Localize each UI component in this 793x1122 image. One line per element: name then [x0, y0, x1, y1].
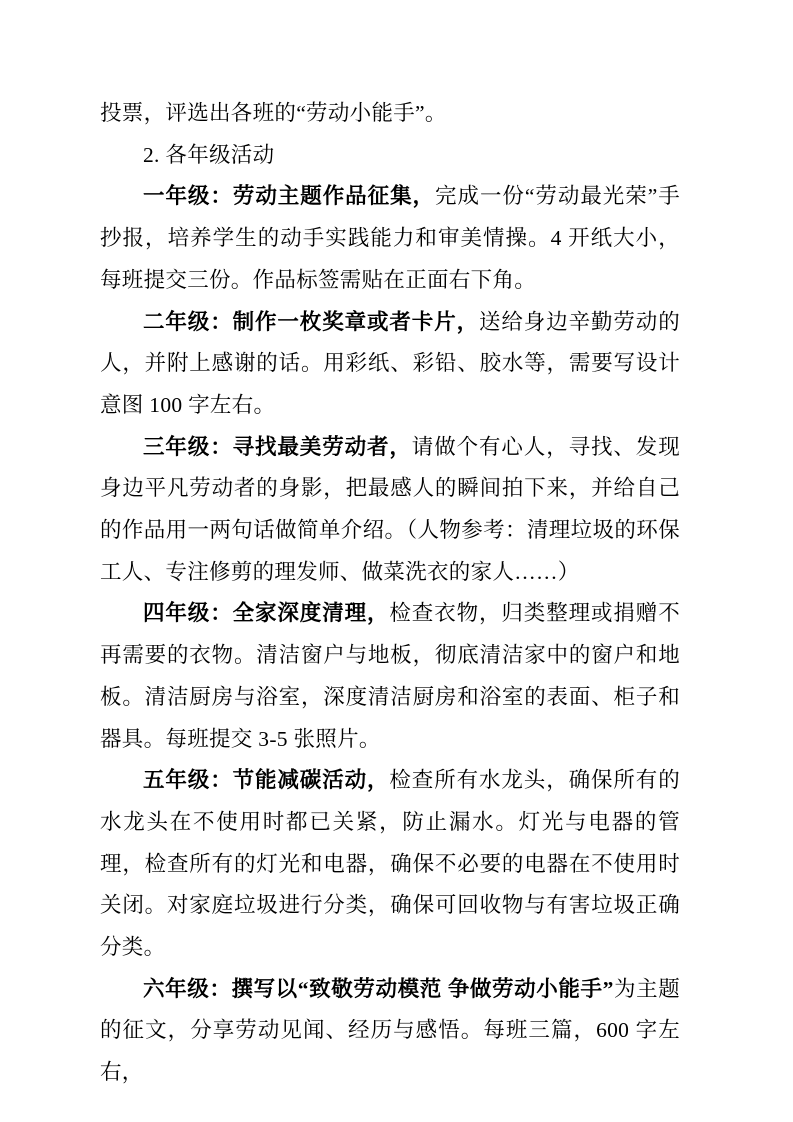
- paragraph-text: 投票，评选出各班的“劳动小能手”。: [100, 101, 447, 125]
- grade-1-lead: 一年级：劳动主题作品征集，: [143, 184, 435, 208]
- grade-4-lead: 四年级：全家深度清理，: [143, 601, 389, 625]
- document-page: 投票，评选出各班的“劳动小能手”。 2. 各年级活动 一年级：劳动主题作品征集，…: [0, 0, 793, 1122]
- grade-3-paragraph: 三年级：寻找最美劳动者，请做个有心人，寻找、发现身边平凡劳动者的身影，把最感人的…: [100, 427, 680, 594]
- grade-5-body: 检查所有水龙头，确保所有的水龙头在不使用时都已关紧，防止漏水。灯光与电器的管理，…: [100, 768, 680, 959]
- grade-2-paragraph: 二年级：制作一枚奖章或者卡片，送给身边辛勤劳动的人，并附上感谢的话。用彩纸、彩铅…: [100, 302, 680, 427]
- grade-5-lead: 五年级：节能减碳活动，: [143, 768, 389, 792]
- grade-3-lead: 三年级：寻找最美劳动者，: [143, 435, 412, 459]
- section-heading-text: 2. 各年级活动: [143, 143, 274, 167]
- grade-5-paragraph: 五年级：节能减碳活动，检查所有水龙头，确保所有的水龙头在不使用时都已关紧，防止漏…: [100, 760, 680, 969]
- continuation-paragraph: 投票，评选出各班的“劳动小能手”。: [100, 93, 680, 135]
- grade-6-lead: 六年级：撰写以“致敬劳动模范 争做劳动小能手”: [143, 977, 614, 1001]
- grade-2-lead: 二年级：制作一枚奖章或者卡片，: [143, 310, 479, 334]
- section-heading: 2. 各年级活动: [100, 135, 680, 177]
- grade-4-paragraph: 四年级：全家深度清理，检查衣物，归类整理或捐赠不再需要的衣物。清洁窗户与地板，彻…: [100, 593, 680, 760]
- grade-6-paragraph: 六年级：撰写以“致敬劳动模范 争做劳动小能手”为主题的征文，分享劳动见闻、经历与…: [100, 969, 680, 1094]
- document-body: 投票，评选出各班的“劳动小能手”。 2. 各年级活动 一年级：劳动主题作品征集，…: [100, 93, 680, 1094]
- grade-1-paragraph: 一年级：劳动主题作品征集，完成一份“劳动最光荣”手抄报，培养学生的动手实践能力和…: [100, 176, 680, 301]
